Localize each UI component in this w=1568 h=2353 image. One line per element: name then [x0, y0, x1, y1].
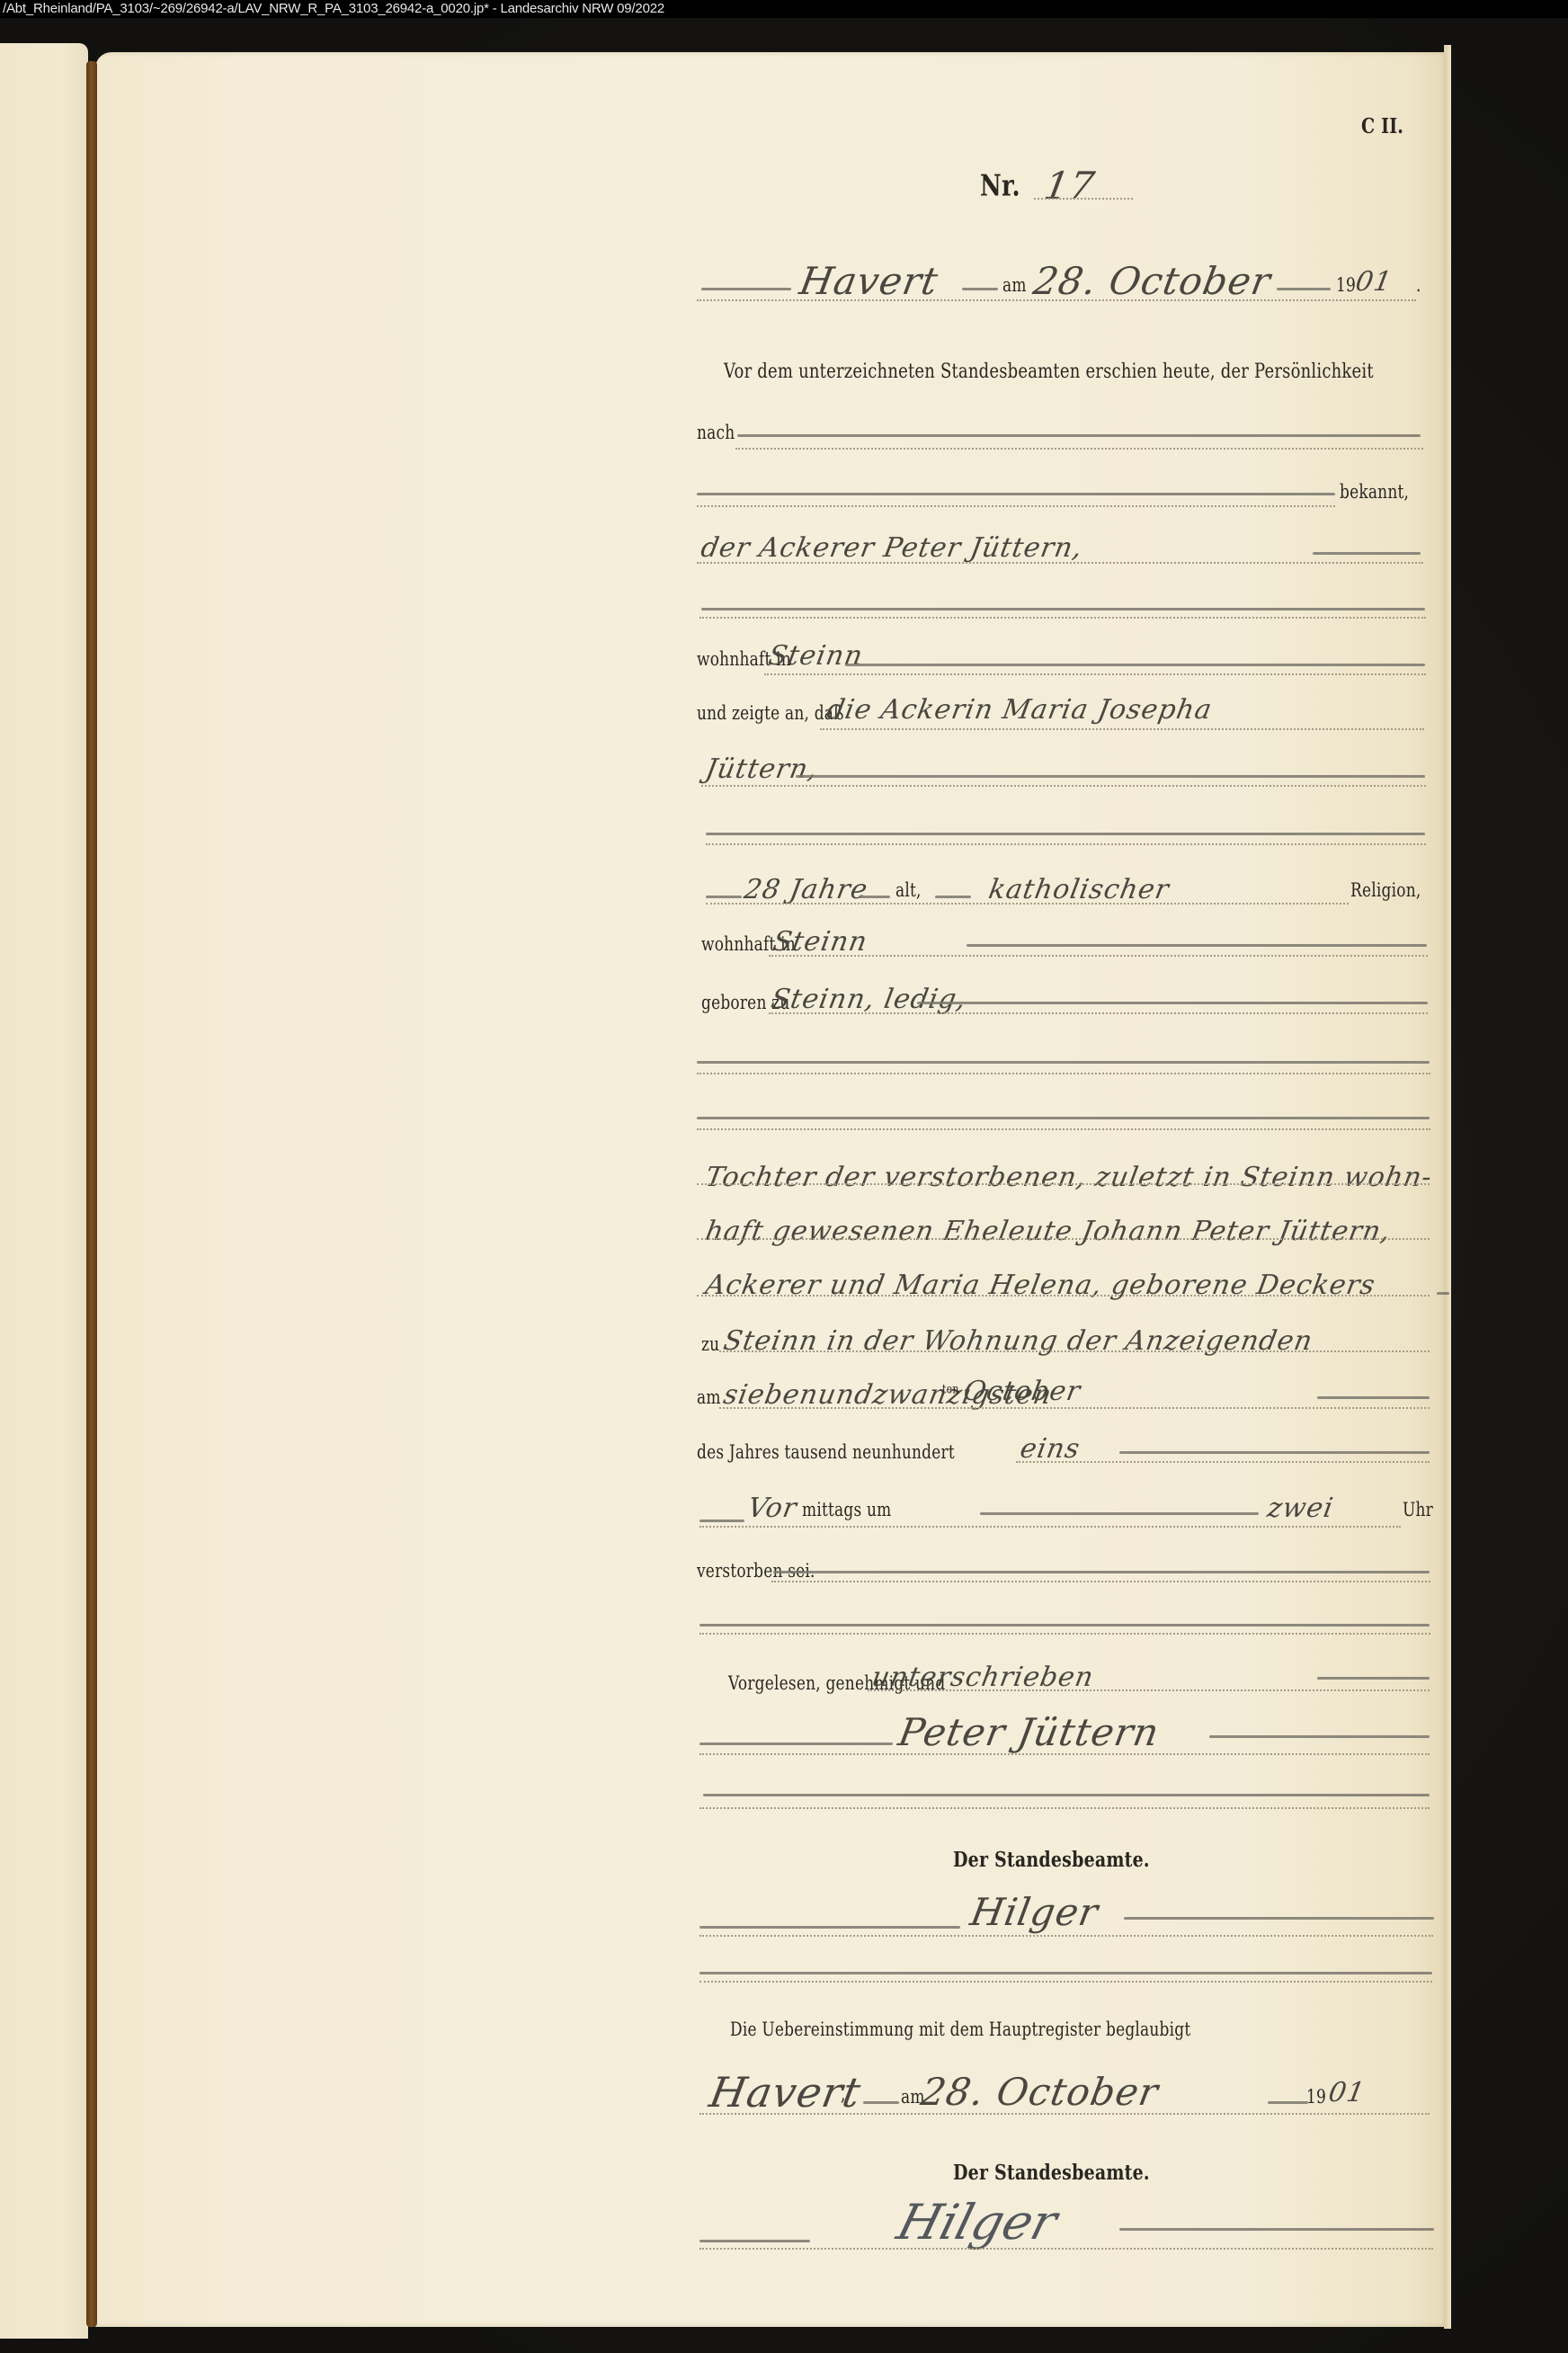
- fill-rule: [699, 1742, 893, 1745]
- jahres-label: des Jahres tausend neunhundert: [697, 1441, 955, 1464]
- cert-year-suffix: 01: [1326, 2077, 1368, 2108]
- fill-rule: [863, 2101, 899, 2104]
- fill-rule: [1268, 2101, 1308, 2104]
- religion-value: katholischer: [986, 874, 1172, 905]
- vorgelesen-value: unterschrieben: [869, 1662, 1096, 1693]
- parents-rule-3: [697, 1295, 1430, 1297]
- deceased-line-2: [701, 785, 1426, 787]
- fill-rule: [697, 1061, 1430, 1064]
- fill-rule: [699, 1520, 744, 1522]
- fill-rule: [703, 1794, 1430, 1796]
- official-signature-2: Hilger: [892, 2194, 1064, 2251]
- ten-label: ten: [942, 1382, 959, 1396]
- fill-rule: [917, 1002, 1428, 1004]
- header-period: .: [1416, 274, 1421, 297]
- cert-year-prefix: 19: [1306, 2086, 1326, 2108]
- uhr-label: Uhr: [1403, 1499, 1433, 1521]
- blank-line: [699, 1633, 1430, 1635]
- fill-rule: [706, 833, 1425, 835]
- zu-label: zu: [701, 1333, 719, 1356]
- header-date: 28. October: [1030, 259, 1275, 303]
- fill-rule: [737, 434, 1421, 437]
- deceased-line-1: [820, 728, 1424, 730]
- record-number-label: Nr.: [980, 170, 1020, 204]
- fill-rule: [1209, 1735, 1430, 1738]
- official-title-1: Der Standesbeamte.: [953, 1848, 1150, 1873]
- fill-rule: [845, 664, 1425, 666]
- am-label: am: [697, 1386, 721, 1409]
- blank-line: [697, 1128, 1430, 1130]
- fill-rule: [1277, 288, 1331, 290]
- geboren-line: [769, 1012, 1428, 1014]
- wohnhaft-line-1: [764, 673, 1426, 675]
- form-code: C II.: [1361, 114, 1403, 139]
- fill-rule: [699, 1972, 1432, 1974]
- mittags-label: mittags um: [802, 1499, 891, 1521]
- age-religion-line: [706, 903, 1349, 905]
- intro-text: Vor dem unterzeichneten Standesbeamten e…: [724, 360, 1374, 383]
- bekannt-line: [697, 505, 1335, 507]
- blank-line: [699, 1807, 1430, 1809]
- blank-line: [697, 1073, 1430, 1074]
- alt-label: alt,: [895, 879, 922, 902]
- age-value: 28 Jahre: [742, 874, 870, 905]
- parents-rule-1: [697, 1183, 1430, 1185]
- fill-rule: [967, 944, 1427, 947]
- header-place: Havert: [797, 259, 942, 303]
- fill-rule: [699, 1624, 1430, 1627]
- header-line: [697, 299, 1416, 301]
- signature-line: [699, 1753, 1430, 1755]
- death-record-form: C II. Nr. 17 Havert am 28. October 19 01…: [0, 0, 1568, 2353]
- death-year-word: eins: [1018, 1433, 1082, 1465]
- parents-line-2: haft gewesenen Eheleute Johann Peter Jüt…: [703, 1216, 1394, 1247]
- fill-rule: [1317, 1396, 1430, 1399]
- vorgelesen-line: [868, 1689, 1430, 1691]
- parents-line-1: Tochter der verstorbenen, zuletzt in Ste…: [703, 1162, 1435, 1193]
- header-am-label: am: [1002, 274, 1027, 297]
- fill-rule: [706, 896, 742, 898]
- blank-line: [706, 843, 1426, 845]
- deceased-name-line2: Jüttern,: [703, 753, 821, 785]
- death-time-line: [699, 1526, 1401, 1528]
- fill-rule: [697, 1117, 1430, 1119]
- certification-text: Die Uebereinstimmung mit dem Hauptregist…: [730, 2019, 1190, 2041]
- religion-label: Religion,: [1350, 879, 1421, 902]
- bekannt-label: bekannt,: [1340, 481, 1409, 504]
- nach-line: [735, 448, 1423, 450]
- fill-rule: [980, 1512, 1259, 1515]
- window-title-bar: /Abt_Rheinland/PA_3103/~269/26942-a/LAV_…: [0, 0, 1568, 18]
- death-place-line: [719, 1350, 1430, 1352]
- cert-line: [699, 2113, 1430, 2115]
- informant-signature: Peter Jüttern: [895, 1710, 1163, 1754]
- header-year-suffix: 01: [1353, 266, 1394, 298]
- fill-rule: [701, 608, 1425, 611]
- deceased-residence: Steinn: [771, 926, 870, 958]
- record-number-value: 17: [1041, 164, 1099, 208]
- cert-comma: ,: [841, 2083, 846, 2106]
- fill-rule: [1119, 2228, 1434, 2231]
- official-title-2: Der Standesbeamte.: [953, 2161, 1150, 2186]
- official-signature-1: Hilger: [967, 1890, 1102, 1934]
- verstorben-line: [771, 1581, 1430, 1582]
- blank-line: [699, 1981, 1432, 1983]
- vor-prefix: Vor: [745, 1493, 799, 1524]
- blank-line: [699, 617, 1426, 619]
- death-date-line: [719, 1407, 1430, 1409]
- fill-rule: [699, 1926, 960, 1929]
- fill-rule: [935, 896, 971, 898]
- informant-name: der Ackerer Peter Jüttern,: [699, 532, 1085, 564]
- official-signature-line-1: [699, 1935, 1433, 1937]
- official-signature-line-2: [699, 2248, 1433, 2250]
- window-title: /Abt_Rheinland/PA_3103/~269/26942-a/LAV_…: [3, 1, 664, 16]
- fill-rule: [697, 493, 1335, 495]
- fill-rule: [1124, 1917, 1434, 1920]
- death-year-line: [1016, 1461, 1430, 1463]
- fill-rule: [1317, 1677, 1430, 1680]
- zeigte-an-label: und zeigte an, daß: [697, 702, 844, 725]
- informant-line: [697, 562, 1423, 564]
- death-hour: zwei: [1265, 1493, 1336, 1524]
- fill-rule: [773, 1571, 1430, 1573]
- cert-date: 28. October: [918, 2070, 1163, 2114]
- fill-rule: [962, 288, 998, 290]
- fill-rule: [699, 2240, 810, 2242]
- fill-rule: [796, 775, 1425, 778]
- fill-rule: [701, 288, 791, 290]
- deceased-name-line1: die Ackerin Maria Josepha: [824, 694, 1215, 726]
- wohnhaft-line-2: [769, 955, 1428, 957]
- fill-rule: [1119, 1451, 1430, 1454]
- record-number-line: [1034, 198, 1133, 200]
- informant-residence: Steinn: [766, 640, 866, 672]
- fill-rule: [1437, 1292, 1449, 1295]
- fill-rule: [1313, 552, 1421, 555]
- birthplace-value: Steinn, ledig,: [769, 984, 969, 1015]
- death-month: October: [961, 1376, 1083, 1407]
- nach-label: nach: [697, 422, 735, 444]
- parents-rule-2: [697, 1238, 1430, 1240]
- fill-rule: [859, 896, 890, 898]
